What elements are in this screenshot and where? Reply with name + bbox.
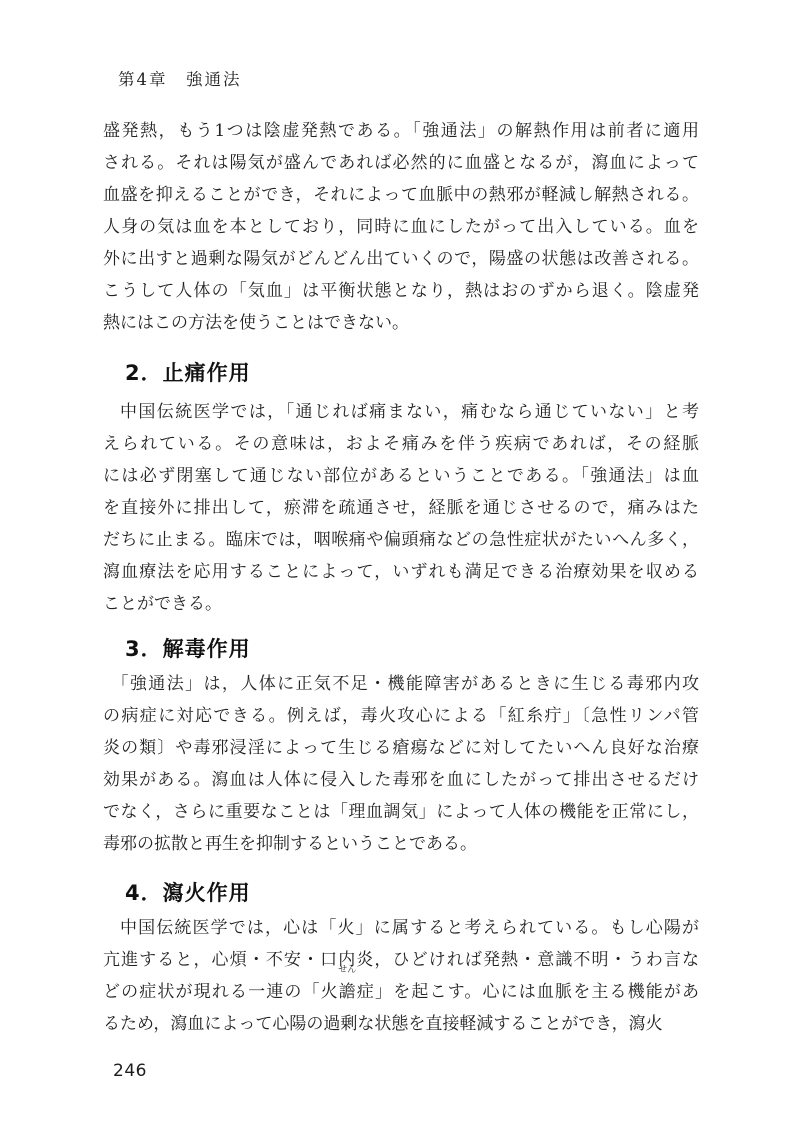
text-line: 亢進すると，心煩・不安・口内炎，ひどければ発熱・意識不明・うわ言な bbox=[103, 944, 699, 976]
text-line: 中国伝統医学では，心は「火」に属すると考えられている。もし心陽が bbox=[103, 912, 699, 944]
paragraph-4: 中国伝統医学では，心は「火」に属すると考えられている。もし心陽が 亢進すると，心… bbox=[103, 912, 699, 1040]
text-line: こうして人体の「気血」は平衡状態となり，熱はおのずから退く。陰虚発 bbox=[103, 275, 699, 307]
text-line: ことができる。 bbox=[103, 588, 699, 620]
text-line: の病症に対応できる。例えば，毒火攻心による「紅糸疔」〔急性リンパ管 bbox=[103, 700, 699, 732]
text-line: るため，瀉血によって心陽の過剰な状態を直接軽減することができ，瀉火 bbox=[103, 1008, 699, 1040]
ruby-base: 譫せん bbox=[339, 976, 356, 1008]
ruby-base-char: 譫 bbox=[339, 982, 356, 1002]
paragraph-1: 盛発熱，もう1つは陰虚発熱である。「強通法」の解熱作用は前者に適用 される。それ… bbox=[103, 115, 699, 339]
paragraph-3: 「強通法」は，人体に正気不足・機能障害があるときに生じる毒邪内攻 の病症に対応で… bbox=[103, 668, 699, 860]
text-line: 炎の類〕や毒邪浸淫によって生じる瘡瘍などに対してたいへん良好な治療 bbox=[103, 732, 699, 764]
text-line: 中国伝統医学では，「通じれば痛まない，痛むなら通じていない」と考 bbox=[103, 396, 699, 428]
text-line: される。それは陽気が盛んであれば必然的に血盛となるが，瀉血によって bbox=[103, 147, 699, 179]
text-line: 熱にはこの方法を使うことはできない。 bbox=[103, 307, 699, 339]
text-line: には必ず閉塞して通じない部位があるということである。「強通法」は血 bbox=[103, 460, 699, 492]
text-line: だちに止まる。臨床では，咽喉痛や偏頭痛などの急性症状がたいへん多く， bbox=[103, 524, 699, 556]
text-line: 毒邪の拡散と再生を抑制するということである。 bbox=[103, 828, 699, 860]
book-page: 第4章 強通法 盛発熱，もう1つは陰虚発熱である。「強通法」の解熱作用は前者に適… bbox=[0, 0, 800, 1135]
text-line: 効果がある。瀉血は人体に侵入した毒邪を血にしたがって排出させるだけ bbox=[103, 764, 699, 796]
page-number: 246 bbox=[113, 1061, 147, 1081]
paragraph-2: 中国伝統医学では，「通じれば痛まない，痛むなら通じていない」と考 えられている。… bbox=[103, 396, 699, 620]
text-segment: どの症状が現れる一連の「火 bbox=[103, 982, 339, 1002]
section-heading-shaka: 4．瀉火作用 bbox=[125, 880, 251, 907]
furigana-annotation: せん bbox=[338, 966, 356, 975]
text-line: えられている。その意味は，およそ痛みを伴う疾病であれば，その経脈 bbox=[103, 428, 699, 460]
text-segment: 症」を起こす。心には血脈を主る機能があ bbox=[356, 982, 699, 1002]
section-heading-shitsuu: 2．止痛作用 bbox=[125, 360, 251, 387]
text-line: 人身の気は血を本としており，同時に血にしたがって出入している。血を bbox=[103, 211, 699, 243]
chapter-header: 第4章 強通法 bbox=[118, 66, 242, 90]
section-heading-gedoku: 3．解毒作用 bbox=[125, 636, 251, 663]
text-line: 瀉血療法を応用することによって，いずれも満足できる治療効果を収める bbox=[103, 556, 699, 588]
text-line: 外に出すと過剰な陽気がどんどん出ていくので，陽盛の状態は改善される。 bbox=[103, 243, 699, 275]
text-line: どの症状が現れる一連の「火譫せん症」を起こす。心には血脈を主る機能があ bbox=[103, 976, 699, 1008]
text-line: 盛発熱，もう1つは陰虚発熱である。「強通法」の解熱作用は前者に適用 bbox=[103, 115, 699, 147]
text-line: 血盛を抑えることができ，それによって血脈中の熱邪が軽減し解熱される。 bbox=[103, 179, 699, 211]
text-line: 「強通法」は，人体に正気不足・機能障害があるときに生じる毒邪内攻 bbox=[103, 668, 699, 700]
text-line: でなく，さらに重要なことは「理血調気」によって人体の機能を正常にし， bbox=[103, 796, 699, 828]
text-line: を直接外に排出して，瘀滞を疏通させ，経脈を通じさせるので，痛みはた bbox=[103, 492, 699, 524]
